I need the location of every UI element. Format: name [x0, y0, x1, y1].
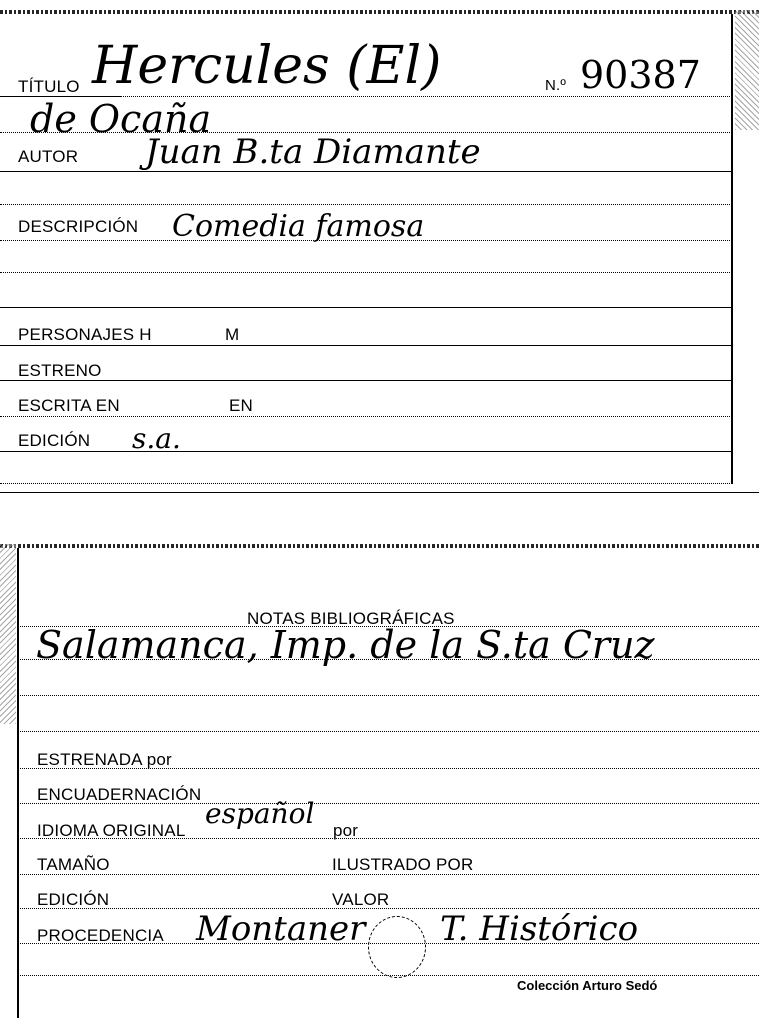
- idioma-por-label: por: [333, 822, 358, 839]
- card-top-edge: [0, 544, 759, 548]
- idioma-label: IDIOMA ORIGINAL: [37, 822, 185, 839]
- rule: [18, 695, 759, 696]
- rule: [18, 874, 759, 875]
- titulo-label: TÍTULO: [18, 78, 80, 95]
- autor-label: AUTOR: [18, 148, 78, 165]
- procedencia-value: Montaner: [196, 912, 365, 946]
- escrita-en-second-label: EN: [229, 397, 253, 414]
- titulo-value-line1: Hercules (El): [92, 40, 441, 92]
- personajes-m-label: M: [225, 326, 239, 343]
- personajes-h-label: PERSONAJES H: [18, 326, 152, 343]
- scan-noise: [0, 544, 16, 724]
- edicion-back-label: EDICIÓN: [37, 891, 109, 908]
- valor-label: VALOR: [332, 891, 389, 908]
- tamano-label: TAMAÑO: [37, 856, 110, 873]
- edicion-value: s.a.: [132, 425, 181, 453]
- collection-footer: Colección Arturo Sedó: [517, 978, 657, 993]
- rule: [0, 416, 732, 417]
- rule: [0, 380, 732, 381]
- rule: [0, 204, 732, 205]
- rule: [0, 345, 732, 346]
- rule: [0, 307, 732, 308]
- procedencia-value-2: T. Histórico: [440, 912, 638, 946]
- estrenada-label: ESTRENADA por: [37, 751, 172, 768]
- encuadernacion-label: ENCUADERNACIÓN: [37, 786, 201, 803]
- notas-value: Salamanca, Imp. de la S.ta Cruz: [36, 626, 655, 664]
- card-left-border: [17, 548, 19, 1018]
- ilustrado-label: ILUSTRADO POR: [332, 856, 473, 873]
- escrita-en-label: ESCRITA EN: [18, 397, 120, 414]
- catalog-card-back: NOTAS BIBLIOGRÁFICAS Salamanca, Imp. de …: [0, 538, 759, 1028]
- descripcion-label: DESCRIPCIÓN: [18, 218, 138, 235]
- estreno-label: ESTRENO: [18, 362, 102, 379]
- procedencia-label: PROCEDENCIA: [37, 927, 164, 944]
- numero-value: 90387: [580, 56, 701, 94]
- card-separator: [0, 492, 759, 493]
- numero-label: N.º: [545, 78, 566, 93]
- rule: [0, 483, 732, 484]
- catalog-card-front: TÍTULO Hercules (El) N.º 90387 de Ocaña …: [0, 0, 759, 492]
- library-stamp-icon: [368, 916, 426, 978]
- edicion-label: EDICIÓN: [18, 432, 90, 449]
- idioma-value: español: [205, 800, 314, 828]
- autor-value: Juan B.ta Diamante: [145, 135, 481, 169]
- scan-noise: [735, 10, 759, 130]
- descripcion-value: Comedia famosa: [172, 212, 424, 242]
- card-right-border: [731, 14, 733, 484]
- rule: [0, 451, 732, 452]
- card-top-edge: [0, 10, 759, 14]
- rule: [0, 272, 732, 273]
- rule: [18, 731, 759, 732]
